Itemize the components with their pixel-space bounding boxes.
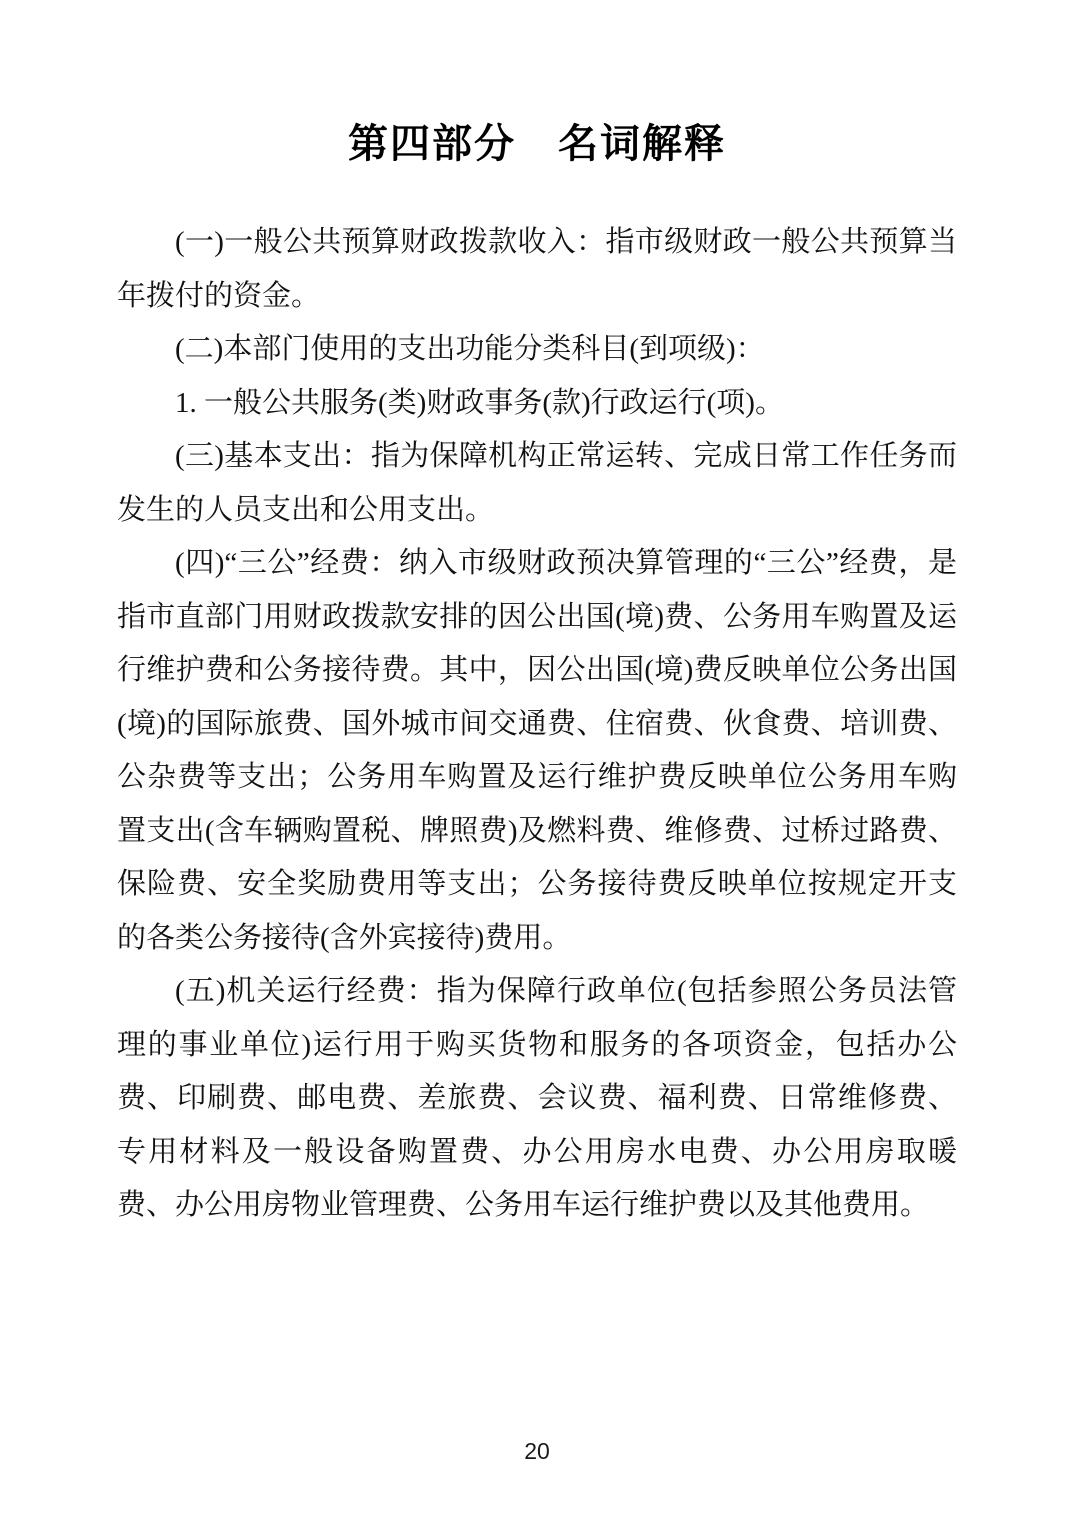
page-number: 20 xyxy=(0,1438,1074,1465)
body-paragraph: (二)本部门使用的支出功能分类科目(到项级)： xyxy=(117,323,957,377)
body-paragraph: (四)“三公”经费：纳入市级财政预决算管理的“三公”经费，是指市直部门用财政拨款… xyxy=(117,537,957,965)
document-body: (一)一般公共预算财政拨款收入：指市级财政一般公共预算当年拨付的资金。(二)本部… xyxy=(117,216,957,1233)
section-title: 第四部分 名词解释 xyxy=(0,0,1074,168)
body-paragraph: (三)基本支出：指为保障机构正常运转、完成日常工作任务而发生的人员支出和公用支出… xyxy=(117,430,957,537)
document-page: 第四部分 名词解释 (一)一般公共预算财政拨款收入：指市级财政一般公共预算当年拨… xyxy=(0,0,1074,1520)
body-paragraph: (一)一般公共预算财政拨款收入：指市级财政一般公共预算当年拨付的资金。 xyxy=(117,216,957,323)
body-paragraph: 1. 一般公共服务(类)财政事务(款)行政运行(项)。 xyxy=(117,377,957,431)
body-paragraph: (五)机关运行经费：指为保障行政单位(包括参照公务员法管理的事业单位)运行用于购… xyxy=(117,965,957,1233)
